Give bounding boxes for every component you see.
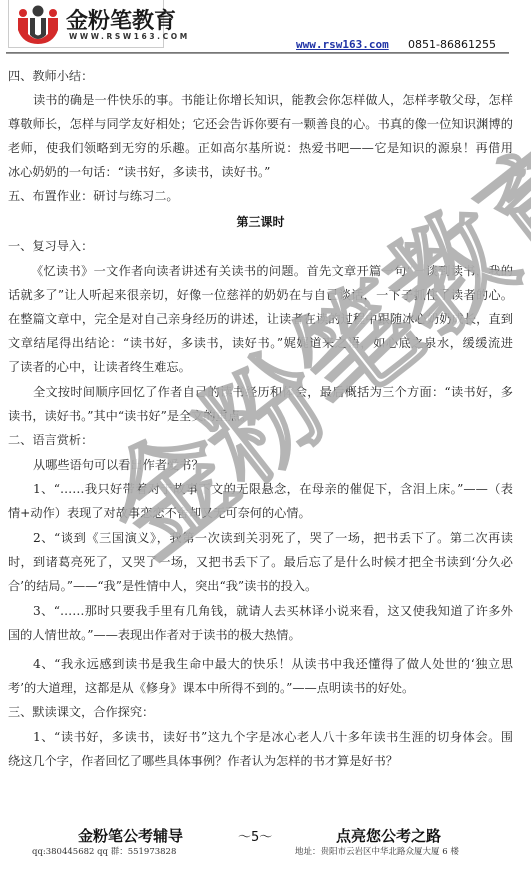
list-item-line: 绕这几个字，作者回忆了哪些具体事例？作者认为怎样的书才算是好书？ — [8, 753, 398, 769]
list-item-line: 1、“……我只好带着对于故事下文的无限悬念，在母亲的催促下，含泪上床。”——（表 — [8, 481, 513, 497]
list-item-line: 时，到诸葛亮死了，又哭了一场，又把书丢下了。最后忘了是什么时候才把全书读到‘分久… — [8, 554, 513, 570]
logo-icon — [15, 4, 61, 44]
list-item-line: 考’的大道理，这都是从《修身》课本中所得不到的。”——点明读书的好处。 — [8, 680, 414, 696]
paragraph-line: 读书，读好书。”其中“读书好”是全文的重点。 — [8, 408, 252, 424]
page-number: ～5～ — [238, 826, 272, 845]
paragraph-line: 话就多了”让人听起来很亲切，好像一位慈祥的奶奶在与自己谈话，一下子抓住了读者的心… — [8, 287, 513, 303]
section-heading: 二、语言赏析： — [8, 432, 93, 448]
phone-number: 0851-86861255 — [408, 38, 496, 51]
paragraph-line: 冰心奶奶的一句话：“读书好，多读书，读好书。” — [8, 164, 270, 180]
header-divider — [6, 52, 509, 54]
paragraph-line: 文章结尾得出结论：“读书好，多读书，读好书。”娓娓道来之语，如心底之泉水，缓缓流… — [8, 335, 513, 351]
logo: 金粉笔教育 WWW.RSW163.COM — [8, 0, 164, 48]
paragraph-line: 了读者的心中，让读者终生难忘。 — [8, 359, 191, 375]
website-link[interactable]: www.rsw163.com — [296, 38, 389, 51]
list-item-line: 4、“我永远感到读书是我生命中最大的快乐！从读书中我还懂得了做人处世的‘独立思 — [8, 656, 513, 672]
paragraph-line: 在整篇文章中，完全是对自己亲身经历的讲述，让读者在读的过程中跟随冰心奶奶成长，直… — [8, 311, 513, 327]
section-heading: 三、默读课文，合作探究： — [8, 704, 154, 720]
paragraph-line: 尊敬师长，怎样与同学友好相处；它还会告诉你要有一颗善良的心。书真的像一位知识渊博… — [8, 116, 513, 132]
paragraph-line: 全文按时间顺序回忆了作者自己的读书经历和体会，最后概括为三个方面：“读书好，多 — [8, 384, 513, 400]
lesson-title: 第三课时 — [8, 213, 513, 230]
footer-slogan-right: 点亮您公考之路 — [336, 825, 441, 846]
list-item-line: 2、“谈到《三国演义》，我第一次读到关羽死了，哭了一场，把书丢下了。第二次再读 — [8, 530, 513, 546]
paragraph-line: 老师，使我们领略到无穷的乐趣。正如高尔基所说：热爱书吧——它是知识的源泉！再借用 — [8, 140, 513, 156]
list-item-line: 情+动作）表现了对故事恋恋不舍却又无可奈何的心情。 — [8, 505, 311, 521]
question-line: 从哪些语句可以看出作者爱书？ — [8, 457, 204, 473]
section-heading: 四、教师小结： — [8, 68, 93, 84]
footer-slogan-left: 金粉笔公考辅导 — [78, 825, 183, 846]
logo-url: WWW.RSW163.COM — [69, 32, 190, 41]
paragraph-line: 《忆读书》一文作者向读者讲述有关读书的问题。首先文章开篇一句“一谈到读书，我的 — [8, 263, 513, 279]
footer-address: 地址：贵阳市云岩区中华北路众厦大厦 6 楼 — [295, 845, 459, 857]
section-heading: 五、布置作业：研讨与练习二。 — [8, 188, 179, 204]
list-item-line: 3、“……那时只要我手里有几角钱，就请人去买林译小说来看，这又使我知道了许多外 — [8, 603, 513, 619]
paragraph-line: 读书的确是一件快乐的事。书能让你增长知识，能教会你怎样做人，怎样孝敬父母，怎样 — [8, 92, 513, 108]
footer-qq-info: qq:380445682 qq 群：551973828 — [32, 845, 176, 857]
list-item-line: 1、“读书好，多读书，读好书”这九个字是冰心老人八十多年读书生涯的切身体会。围 — [8, 729, 513, 745]
list-item-line: 国的人情世故。”——表现出作者对于读书的极大热情。 — [8, 627, 301, 643]
list-item-line: 合’的结局。”——“我”是性情中人，突出“我”读书的投入。 — [8, 578, 317, 594]
logo-title: 金粉笔教育 — [66, 4, 176, 35]
page-header: 金粉笔教育 WWW.RSW163.COM www.rsw163.com 0851… — [0, 0, 531, 56]
section-heading: 一、复习导入： — [8, 238, 93, 254]
